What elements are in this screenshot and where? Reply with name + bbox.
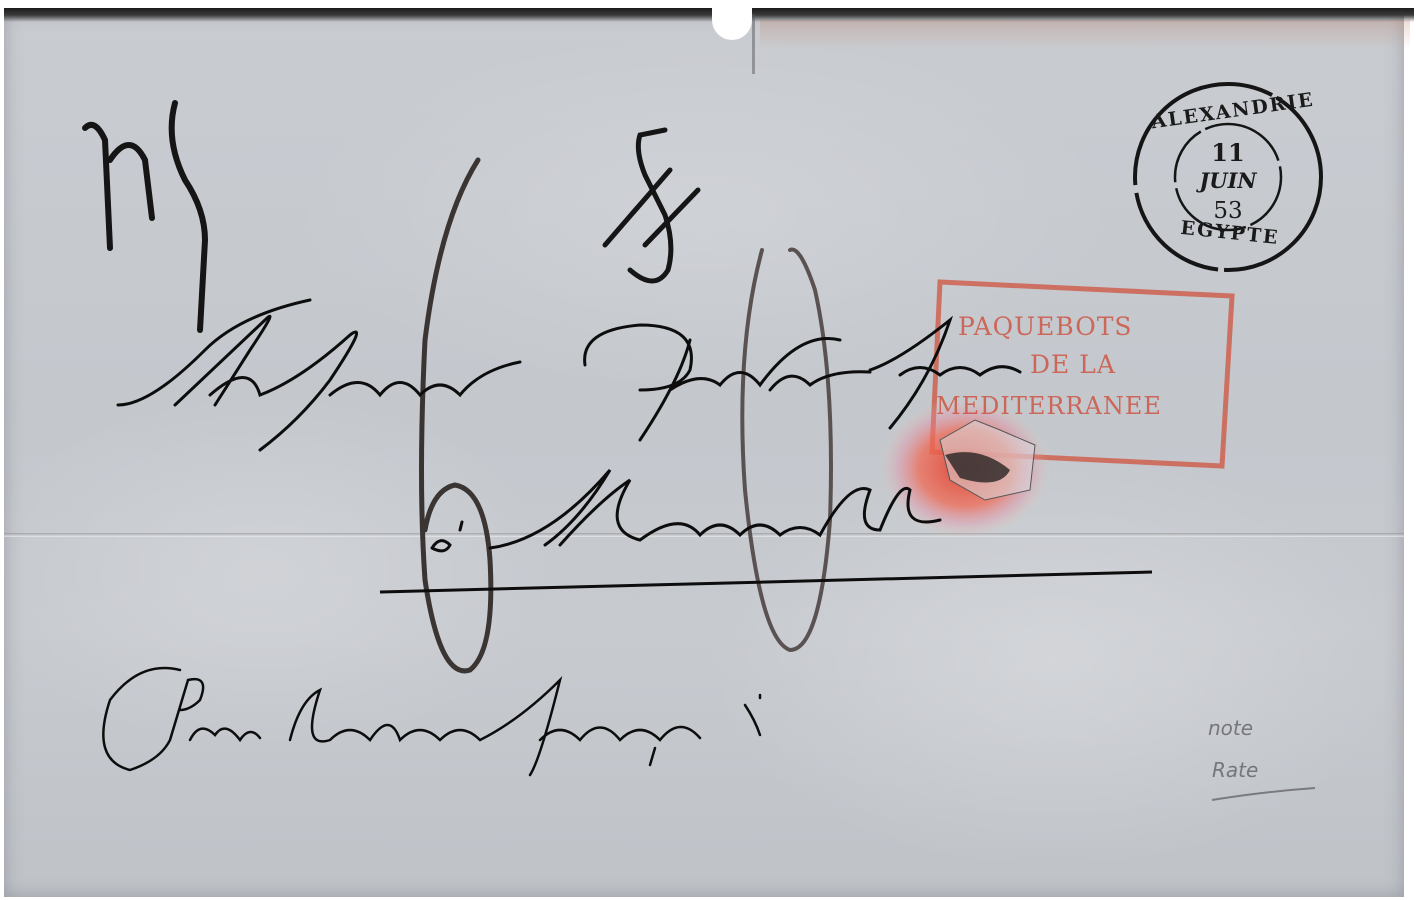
top-mark: 8 [605,120,700,294]
postmark-month: JUIN [1190,168,1266,193]
rate-mark: 60 [420,250,802,599]
pencil-underline [1212,788,1315,800]
handstamp-line-1: PAQUEBOTS [958,312,1133,341]
pencil-note-line-1: note [1208,716,1253,740]
postal-cover: ALEXANDRIE 11 JUIN 53 EGYPTE PAQUEBOTS D… [0,0,1416,900]
handstamp-line-2: DE LA [1030,350,1116,379]
postmark-day: 11 [1198,138,1258,167]
handstamp-line-3: MEDITERRANEE [936,392,1162,420]
routing-note: Par bateau français [95,670,747,747]
pencil-note-line-2: Rate [1212,758,1258,782]
top-left-mark: n5 [80,110,246,262]
